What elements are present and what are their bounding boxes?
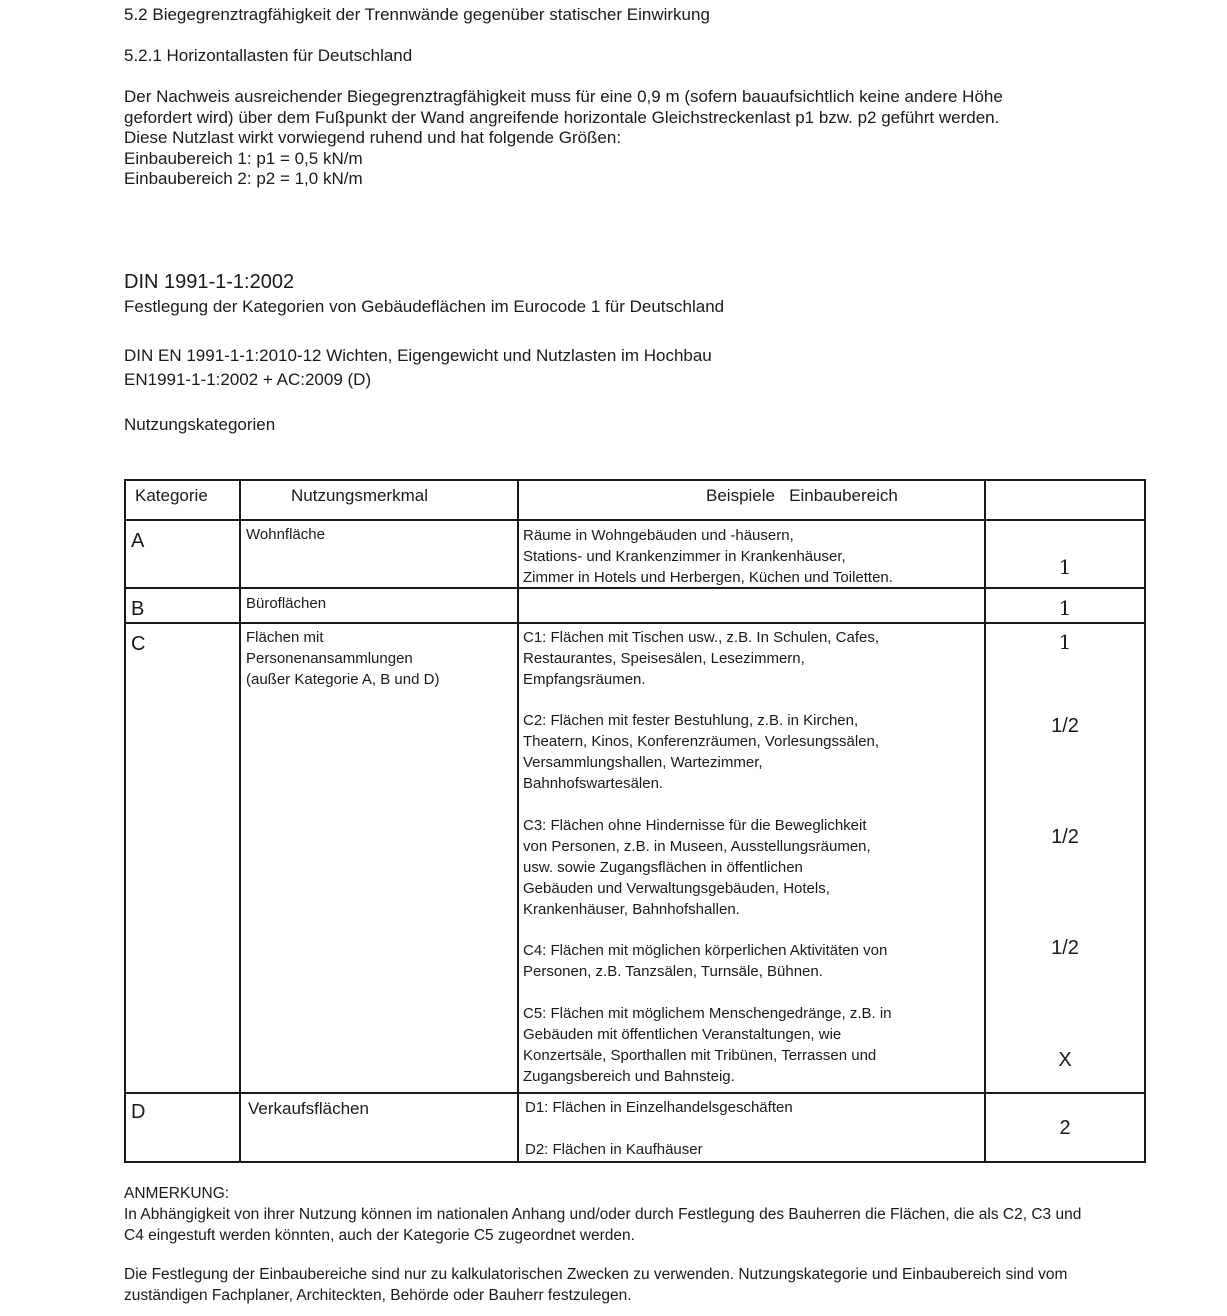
row-divider <box>124 622 1146 624</box>
einbaubereich-value: 1/2 <box>985 714 1145 738</box>
table-caption: Nutzungskategorien <box>124 415 275 436</box>
paragraph-line: gefordert wird) über dem Fußpunkt der Wa… <box>124 108 1003 129</box>
example-line: Personen, z.B. Tanzsälen, Turnsäle, Bühn… <box>523 961 887 982</box>
row-divider <box>124 1092 1146 1094</box>
example-line: Stations- und Krankenzimmer in Krankenhä… <box>523 546 893 567</box>
example-line: Zimmer in Hotels und Herbergen, Küchen u… <box>523 567 893 588</box>
examples-cell-c1: C1: Flächen mit Tischen usw., z.B. In Sc… <box>523 627 879 690</box>
din-reference-1: DIN EN 1991-1-1:2010-12 Wichten, Eigenge… <box>124 346 712 367</box>
example-line: C5: Flächen mit möglichem Menschengedrän… <box>523 1003 892 1024</box>
feature-line: (außer Kategorie A, B und D) <box>246 669 439 690</box>
example-line: von Personen, z.B. in Museen, Ausstellun… <box>523 836 871 857</box>
feature-line: Wohnfläche <box>246 524 325 545</box>
din-reference-2: EN1991-1-1:2002 + AC:2009 (D) <box>124 370 371 391</box>
example-line: C4: Flächen mit möglichen körperlichen A… <box>523 940 887 961</box>
einbaubereich-value: 1 <box>985 555 1145 579</box>
note-label: ANMERKUNG: <box>124 1183 1081 1204</box>
feature-cell: Flächen mit Personenansammlungen (außer … <box>246 627 439 690</box>
din-title: DIN 1991-1-1:2002 <box>124 270 294 294</box>
einbaubereich-value: X <box>985 1048 1145 1072</box>
note-line: zuständigen Fachplaner, Architeckten, Be… <box>124 1285 1067 1306</box>
example-line: Versammlungshallen, Wartezimmer, <box>523 752 879 773</box>
example-line: usw. sowie Zugangsflächen in öffentliche… <box>523 857 871 878</box>
example-line: C2: Flächen mit fester Bestuhlung, z.B. … <box>523 710 879 731</box>
note-block: ANMERKUNG: In Abhängigkeit von ihrer Nut… <box>124 1183 1081 1246</box>
column-header-nutzungsmerkmal: Nutzungsmerkmal <box>291 486 428 506</box>
paragraph-line: Einbaubereich 1: p1 = 0,5 kN/m <box>124 149 1003 170</box>
table-border-bottom <box>124 1161 1146 1163</box>
row-divider <box>124 519 1146 521</box>
example-line: Restaurantes, Speisesälen, Lesezimmern, <box>523 648 879 669</box>
einbaubereich-value: 2 <box>985 1116 1145 1140</box>
category-cell: B <box>131 597 144 621</box>
feature-line: Verkaufsflächen <box>248 1098 369 1120</box>
paragraph-line: Diese Nutzlast wirkt vorwiegend ruhend u… <box>124 128 1003 149</box>
example-line: Theatern, Kinos, Konferenzräumen, Vorles… <box>523 731 879 752</box>
example-line: D2: Flächen in Kaufhäuser <box>525 1139 793 1160</box>
column-header-beispiele: Beispiele Einbaubereich <box>706 486 898 506</box>
feature-line: Büroflächen <box>246 593 326 614</box>
examples-cell: Räume in Wohngebäuden und -häusern, Stat… <box>523 525 893 588</box>
example-line: Konzertsäle, Sporthallen mit Tribünen, T… <box>523 1045 892 1066</box>
note-block: Die Festlegung der Einbaubereiche sind n… <box>124 1264 1067 1306</box>
table-border-top <box>124 479 1146 481</box>
section-heading: 5.2 Biegegrenztragfähigkeit der Trennwän… <box>124 5 710 26</box>
example-line: D1: Flächen in Einzelhandelsgeschäften <box>525 1097 793 1118</box>
einbaubereich-value: 1/2 <box>985 936 1145 960</box>
din-subtitle: Festlegung der Kategorien von Gebäudeflä… <box>124 297 724 318</box>
example-line: Krankenhäuser, Bahnhofshallen. <box>523 899 871 920</box>
example-line: Empfangsräumen. <box>523 669 879 690</box>
category-cell: C <box>131 632 145 656</box>
category-cell: D <box>131 1100 145 1124</box>
examples-cell-c2: C2: Flächen mit fester Bestuhlung, z.B. … <box>523 710 879 794</box>
column-header-kategorie: Kategorie <box>135 486 208 506</box>
examples-cell: D1: Flächen in Einzelhandelsgeschäften D… <box>525 1097 793 1160</box>
paragraph-line: Der Nachweis ausreichender Biegegrenztra… <box>124 87 1003 108</box>
examples-cell-c5: C5: Flächen mit möglichem Menschengedrän… <box>523 1003 892 1087</box>
example-line: Gebäuden mit öffentlichen Veranstaltunge… <box>523 1024 892 1045</box>
table-border-left <box>124 479 126 1163</box>
feature-cell: Wohnfläche <box>246 524 325 545</box>
einbaubereich-value: 1/2 <box>985 825 1145 849</box>
feature-cell: Büroflächen <box>246 593 326 614</box>
section-subheading: 5.2.1 Horizontallasten für Deutschland <box>124 46 412 67</box>
note-line: Die Festlegung der Einbaubereiche sind n… <box>124 1264 1067 1285</box>
section-paragraph: Der Nachweis ausreichender Biegegrenztra… <box>124 87 1003 190</box>
examples-cell-c3: C3: Flächen ohne Hindernisse für die Bew… <box>523 815 871 920</box>
category-cell: A <box>131 529 144 553</box>
example-line: Räume in Wohngebäuden und -häusern, <box>523 525 893 546</box>
example-line: Bahnhofswartesälen. <box>523 773 879 794</box>
note-line: C4 eingestuft werden könnten, auch der K… <box>124 1225 1081 1246</box>
einbaubereich-value: 1 <box>985 596 1145 620</box>
einbaubereich-value: 1 <box>985 630 1145 654</box>
examples-cell-c4: C4: Flächen mit möglichen körperlichen A… <box>523 940 887 982</box>
column-divider <box>517 479 519 1163</box>
example-line <box>525 1118 793 1139</box>
note-line: In Abhängigkeit von ihrer Nutzung können… <box>124 1204 1081 1225</box>
example-line: C3: Flächen ohne Hindernisse für die Bew… <box>523 815 871 836</box>
feature-line: Personenansammlungen <box>246 648 439 669</box>
example-line: Zugangsbereich und Bahnsteig. <box>523 1066 892 1087</box>
example-line: C1: Flächen mit Tischen usw., z.B. In Sc… <box>523 627 879 648</box>
feature-cell: Verkaufsflächen <box>248 1098 369 1120</box>
column-divider <box>239 479 241 1163</box>
paragraph-line: Einbaubereich 2: p2 = 1,0 kN/m <box>124 169 1003 190</box>
feature-line: Flächen mit <box>246 627 439 648</box>
example-line: Gebäuden und Verwaltungsgebäuden, Hotels… <box>523 878 871 899</box>
